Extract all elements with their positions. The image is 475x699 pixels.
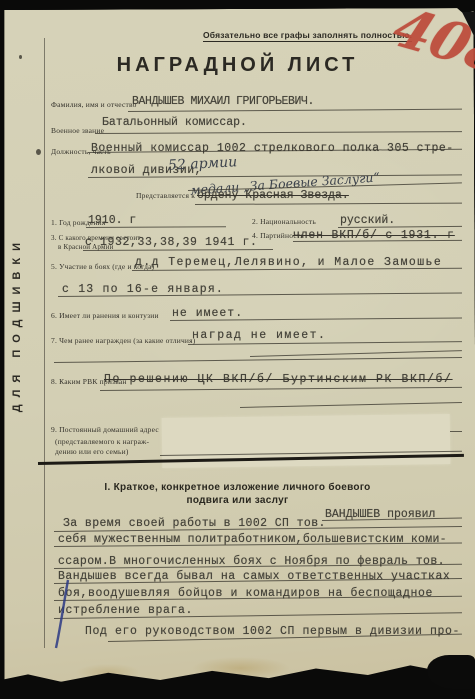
ruled-line xyxy=(100,387,462,391)
document-content: Обязательно все графы заполнять полность… xyxy=(0,0,475,699)
field-wounds-label: 6. Имеет ли ранения и контузии xyxy=(51,311,159,320)
field-previous-awards-label: 7. Чем ранее награжден (за какие отличия… xyxy=(51,336,195,345)
field-name-label: Фамилия, имя и отчество xyxy=(51,100,137,109)
binding-margin-label: ДЛЯ ПОДШИВКИ xyxy=(11,236,23,412)
field-rank-value: Батальонный комиссар. xyxy=(102,116,247,129)
field-birth-year-value: 1910. г xyxy=(88,214,136,227)
scanned-award-sheet: Обязательно все графы заполнять полность… xyxy=(0,0,475,699)
document-title: НАГРАДНОЙ ЛИСТ xyxy=(0,54,475,77)
ruled-line xyxy=(250,350,462,357)
ruled-line xyxy=(95,131,462,134)
field-previous-awards-value: наград не имеет. xyxy=(192,329,326,342)
ruled-line xyxy=(86,226,226,228)
body-line: Под его руководством 1002 СП первым в ди… xyxy=(85,625,460,638)
section-heading-line1: I. Краткое, конкретное изложение личного… xyxy=(0,482,475,493)
field-name-value: ВАНДЫШЕВ МИХАИЛ ГРИГОРЬЕВИЧ. xyxy=(132,95,314,108)
field-battles-value-line1: д.д Теремец,Лелявино, и Малое Замошье xyxy=(135,256,442,269)
field-army-service-value: с 1932,33,38,39 1941 г. xyxy=(85,236,258,249)
ruled-line xyxy=(83,249,273,251)
section-heading-line2: подвига или заслуг xyxy=(0,495,475,506)
ruled-line xyxy=(54,357,462,363)
field-nationality-label: 2. Национальность xyxy=(252,217,316,226)
ruled-line xyxy=(195,203,462,205)
field-home-address-label-line3: дению или его семьи) xyxy=(55,447,129,456)
ruled-line xyxy=(240,402,462,408)
ruled-line xyxy=(128,109,462,112)
body-line: истребление врага. xyxy=(58,604,193,617)
presented-label: Представляется к xyxy=(136,191,195,200)
field-wounds-value: не имеет. xyxy=(172,307,243,320)
presented-typed-struck: ордену Красная Звезда. xyxy=(197,189,349,202)
ink-speck xyxy=(19,55,22,59)
field-home-address-label-line2: (представляемого к награж- xyxy=(55,437,149,446)
ruled-line xyxy=(450,431,462,432)
ruled-line xyxy=(338,226,462,228)
fill-all-fields-instruction: Обязательно все графы заполнять полность… xyxy=(203,30,412,42)
field-recruited-by-value: По решению ЦК ВКП/б/ Буртинским РК ВКП/б… xyxy=(104,373,453,386)
margin-rule xyxy=(44,38,45,648)
field-position-handwritten-army: 52 армии xyxy=(168,154,238,174)
ink-speck xyxy=(36,149,41,155)
field-home-address-label-line1: 9. Постоянный домашний адрес xyxy=(51,425,159,434)
field-nationality-value: русский. xyxy=(340,214,395,227)
scan-shadow-blob xyxy=(427,655,475,689)
